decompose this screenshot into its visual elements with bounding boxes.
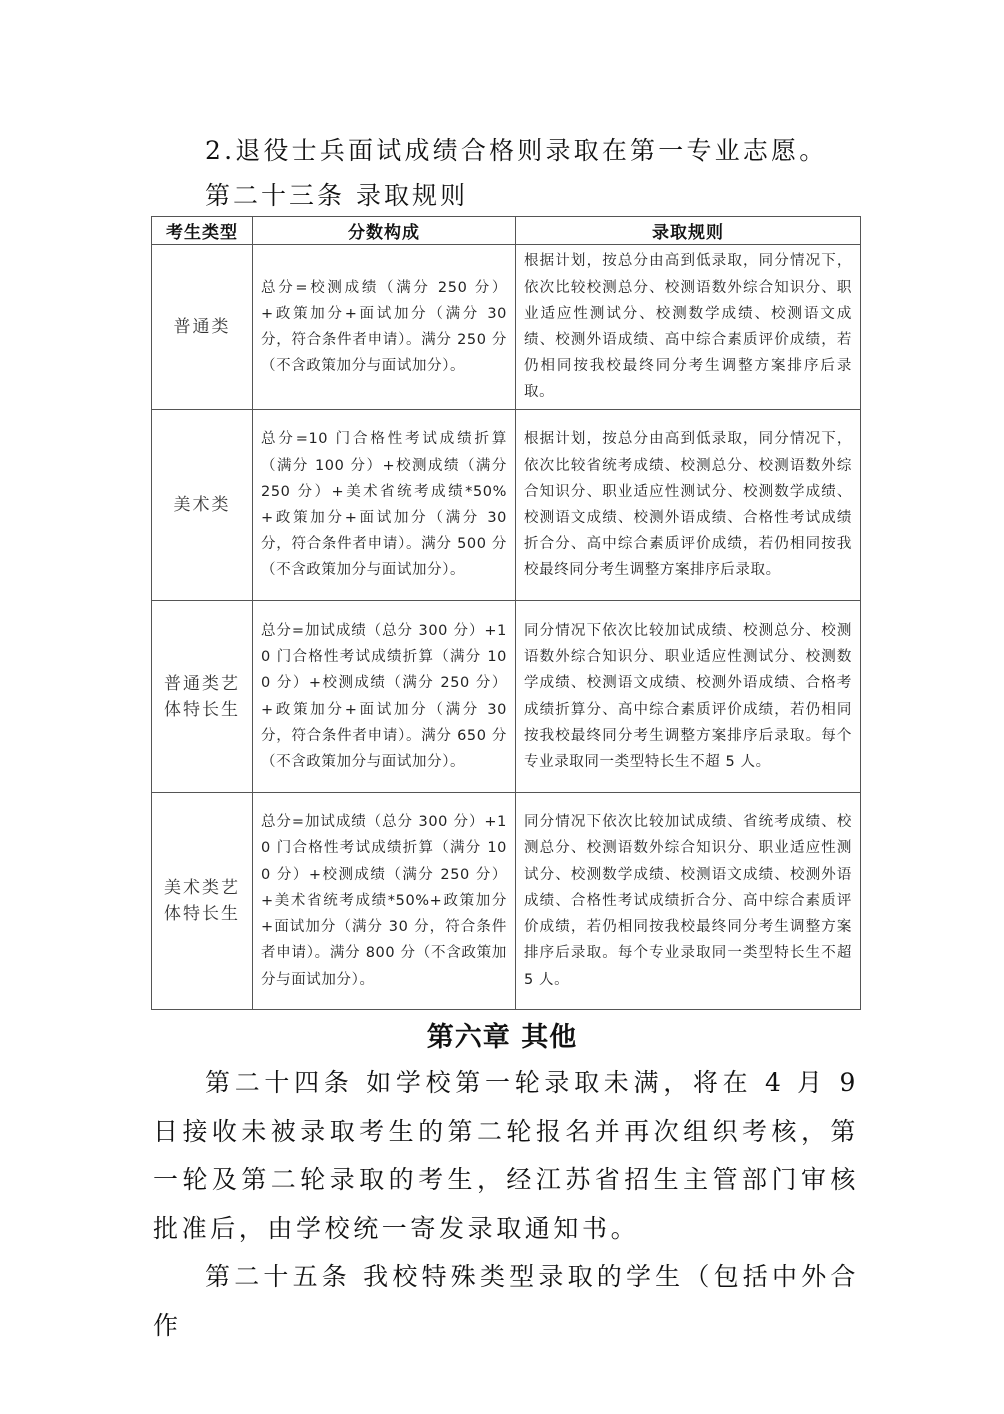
score-composition-cell: 总分=加试成绩（总分 300 分）+10 门合格性考试成绩折算（满分 100 分… (253, 793, 516, 1010)
admission-rule-cell: 根据计划，按总分由高到低录取，同分情况下，依次比较省统考成绩、校测总分、校测语数… (516, 410, 861, 601)
admission-rules-table: 考生类型 分数构成 录取规则 普通类 总分=校测成绩（满分 250 分）+政策加… (151, 216, 861, 1010)
candidate-type-cell: 美术类艺体特长生 (152, 793, 253, 1010)
intro-line: 2.退役士兵面试成绩合格则录取在第一专业志愿。 (205, 136, 827, 166)
table-row: 普通类 总分=校测成绩（满分 250 分）+政策加分+面试加分（满分 30 分，… (152, 245, 861, 410)
score-composition-cell: 总分=校测成绩（满分 250 分）+政策加分+面试加分（满分 30 分，符合条件… (253, 245, 516, 410)
table-row: 美术类艺体特长生 总分=加试成绩（总分 300 分）+10 门合格性考试成绩折算… (152, 793, 861, 1010)
header-score-composition: 分数构成 (253, 217, 516, 245)
admission-rule-cell: 同分情况下依次比较加试成绩、校测总分、校测语数外综合知识分、职业适应性测试分、校… (516, 601, 861, 793)
candidate-type-cell: 普通类艺体特长生 (152, 601, 253, 793)
article-25-paragraph: 第二十五条 我校特殊类型录取的学生（包括中外合作 (153, 1253, 859, 1350)
candidate-type-cell: 美术类 (152, 410, 253, 601)
candidate-type-cell: 普通类 (152, 245, 253, 410)
table-row: 普通类艺体特长生 总分=加试成绩（总分 300 分）+10 门合格性考试成绩折算… (152, 601, 861, 793)
chapter-heading: 第六章 其他 (0, 1015, 1004, 1054)
article-23-title: 第二十三条 录取规则 (205, 181, 468, 211)
score-composition-cell: 总分=10 门合格性考试成绩折算（满分 100 分）+校测成绩（满分 250 分… (253, 410, 516, 601)
admission-rule-cell: 同分情况下依次比较加试成绩、省统考成绩、校测总分、校测语数外综合知识分、职业适应… (516, 793, 861, 1010)
table-row: 美术类 总分=10 门合格性考试成绩折算（满分 100 分）+校测成绩（满分 2… (152, 410, 861, 601)
table-header-row: 考生类型 分数构成 录取规则 (152, 217, 861, 245)
admission-rule-cell: 根据计划，按总分由高到低录取，同分情况下，依次比较校测总分、校测语数外综合知识分… (516, 245, 861, 410)
header-candidate-type: 考生类型 (152, 217, 253, 245)
header-admission-rule: 录取规则 (516, 217, 861, 245)
score-composition-cell: 总分=加试成绩（总分 300 分）+10 门合格性考试成绩折算（满分 100 分… (253, 601, 516, 793)
article-24-paragraph: 第二十四条 如学校第一轮录取未满，将在 4 月 9 日接收未被录取考生的第二轮报… (153, 1059, 859, 1253)
